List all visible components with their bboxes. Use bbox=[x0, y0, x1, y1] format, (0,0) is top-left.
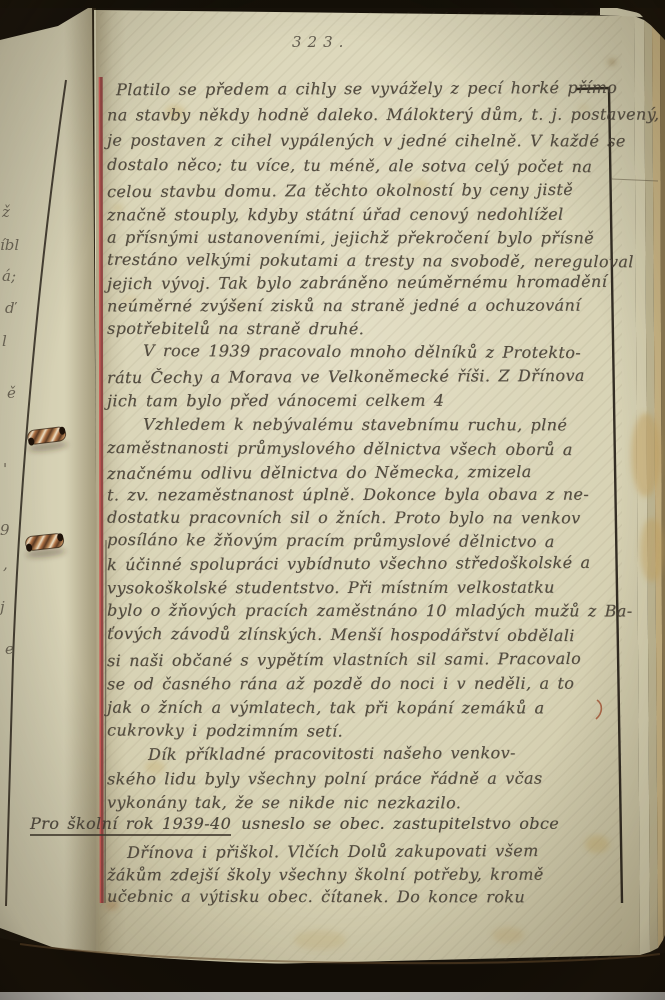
manuscript-line: žákům zdejší školy všechny školní potřeb… bbox=[107, 864, 544, 887]
manuscript-line: Dík příkladné pracovitosti našeho venkov… bbox=[148, 742, 516, 766]
left-page-text-fragment: 9 bbox=[0, 521, 10, 539]
manuscript-line: značnému odlivu dělnictva do Německa, zm… bbox=[107, 461, 532, 485]
manuscript-line: Vzhledem k nebývalému stavebnímu ruchu, … bbox=[143, 414, 567, 437]
manuscript-line: je postaven z cihel vypálených v jedné c… bbox=[107, 130, 626, 153]
manuscript-line: jak o žních a výmlatech, tak při kopání … bbox=[107, 697, 545, 720]
margin-heading-line: Pro školní rok 1939-40usneslo se obec. z… bbox=[30, 814, 559, 833]
left-page-text-fragment: ě bbox=[7, 384, 16, 402]
manuscript-line: V roce 1939 pracovalo mnoho dělníků z Pr… bbox=[143, 340, 581, 364]
manuscript-line: bylo o žňových pracích zaměstnáno 10 mla… bbox=[107, 600, 633, 623]
manuscript-line: k účinné spolupráci vybídnuto všechno st… bbox=[107, 552, 590, 576]
manuscript-line: dostatku pracovních sil o žních. Proto b… bbox=[107, 507, 581, 530]
manuscript-text-layer: 323. Pro školní rok 1939-40usneslo se ob… bbox=[0, 0, 665, 1000]
left-page-text-fragment: , bbox=[3, 555, 8, 573]
manuscript-line: si naši občané s vypětím vlastních sil s… bbox=[107, 648, 581, 672]
manuscript-line: vykonány tak, že se nikde nic nezkazilo. bbox=[107, 792, 461, 815]
margin-heading-continuation: usneslo se obec. zastupitelstvo obce bbox=[241, 814, 559, 833]
page-number: 323. bbox=[292, 33, 349, 51]
left-page-text-fragment: ď bbox=[5, 299, 15, 317]
manuscript-line: značně stouply, kdyby státní úřad cenový… bbox=[107, 204, 564, 227]
manuscript-line: rátu Čechy a Morava ve Velkoněmecké říši… bbox=[107, 365, 585, 389]
chronicle-photo: 323. Pro školní rok 1939-40usneslo se ob… bbox=[0, 0, 665, 1000]
left-page-text-fragment: ' bbox=[3, 460, 7, 478]
manuscript-line: jejich vývoj. Tak bylo zabráněno neúměrn… bbox=[107, 271, 607, 295]
manuscript-line: spotřebitelů na straně druhé. bbox=[107, 318, 364, 340]
manuscript-line: trestáno velkými pokutami a tresty na sv… bbox=[107, 249, 634, 273]
manuscript-line: Platilo se předem a cihly se vyvážely z … bbox=[116, 77, 617, 101]
left-page-text-fragment: j bbox=[0, 598, 5, 616]
left-page-text-fragment: ž bbox=[2, 203, 10, 221]
manuscript-line: dostalo něco; tu více, tu méně, ale sotv… bbox=[107, 154, 592, 178]
manuscript-line: zaměstnanosti průmyslového dělnictva vše… bbox=[107, 437, 573, 461]
margin-heading-underlined: Pro školní rok 1939-40 bbox=[30, 814, 231, 836]
manuscript-line: neúměrné zvýšení zisků na straně jedné a… bbox=[107, 295, 581, 318]
left-page-text-fragment: l bbox=[2, 332, 7, 350]
manuscript-line: se od časného rána až pozdě do noci i v … bbox=[107, 673, 574, 696]
manuscript-line: vysokoškolské studentstvo. Při místním v… bbox=[107, 577, 555, 600]
manuscript-line: t. zv. nezaměstnanost úplně. Dokonce byl… bbox=[107, 484, 589, 507]
manuscript-line: jich tam bylo před vánocemi celkem 4 bbox=[107, 390, 444, 413]
left-page-text-fragment: íbl bbox=[0, 236, 19, 254]
manuscript-line: a přísnými ustanoveními, jejichž překroč… bbox=[107, 227, 594, 250]
manuscript-line: Dřínova i přiškol. Vlčích Dolů zakupovat… bbox=[127, 840, 539, 864]
manuscript-line: ťových závodů zlínských. Menší hospodářs… bbox=[107, 623, 575, 647]
manuscript-line: posíláno ke žňovým pracím průmyslové děl… bbox=[107, 529, 555, 553]
manuscript-line: ského lidu byly všechny polní práce řádn… bbox=[107, 768, 543, 791]
left-page-text-fragment: á; bbox=[2, 267, 16, 285]
manuscript-line: učebnic a výtisku obec. čítanek. Do konc… bbox=[107, 886, 525, 909]
manuscript-line: cukrovky i podzimním setí. bbox=[107, 719, 343, 742]
manuscript-line: na stavby někdy hodně daleko. Málokterý … bbox=[107, 104, 659, 127]
manuscript-line: celou stavbu domu. Za těchto okolností b… bbox=[107, 179, 573, 203]
left-page-text-fragment: e bbox=[5, 640, 14, 658]
